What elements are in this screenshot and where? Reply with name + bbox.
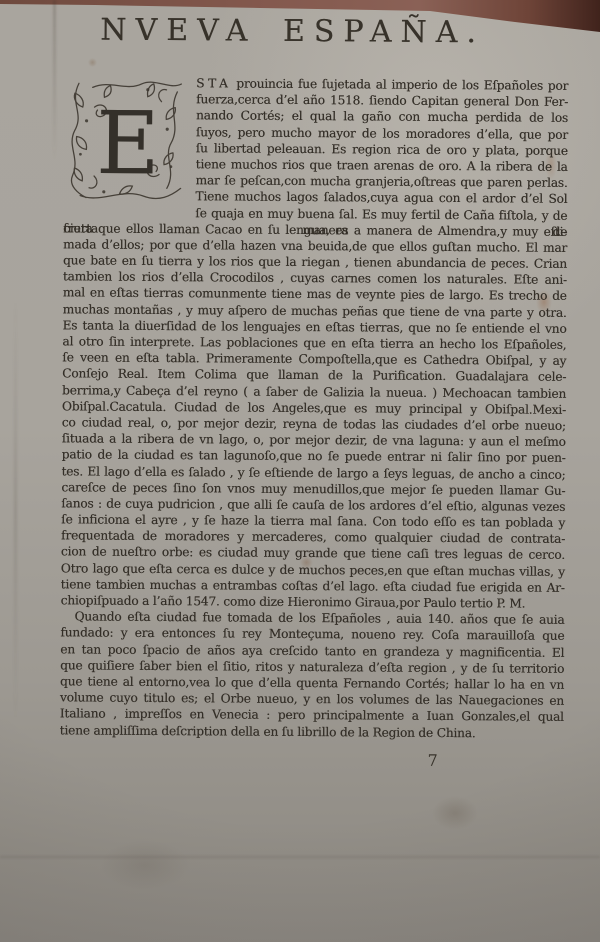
drop-cap-woodcut: E: [63, 77, 188, 204]
page-title: NVEVA ESPAÑA.: [40, 12, 544, 51]
book-page-photo: NVEVA ESPAÑA.: [0, 0, 600, 942]
paragraph: Quando eſta ciudad fue tomada de los Eſp…: [60, 609, 565, 742]
page-content: NVEVA ESPAÑA.: [0, 0, 600, 942]
lead-in-caps: STA: [196, 76, 231, 90]
page-number: 7: [427, 751, 437, 770]
body-text: E STA prouincia fue ſujetada al imperio …: [60, 74, 569, 741]
drop-cap-letter: E: [96, 94, 160, 194]
